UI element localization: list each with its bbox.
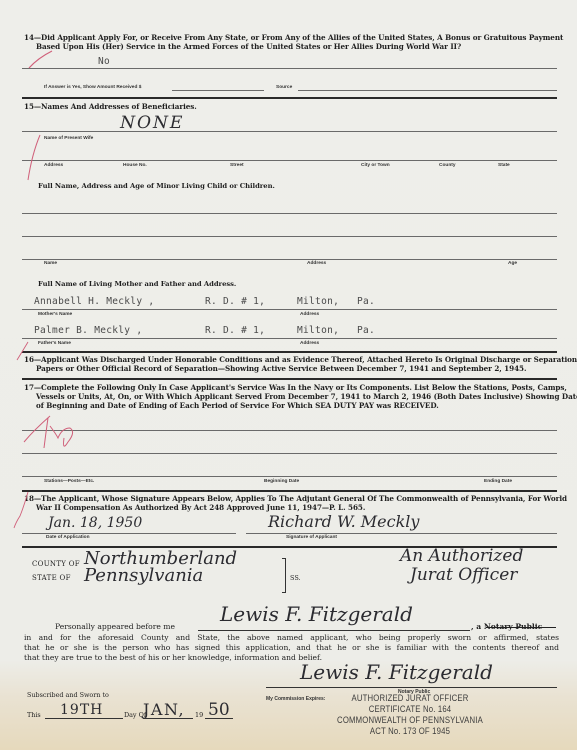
stamp-line-2: CERTIFICATE No. 164 <box>307 704 513 715</box>
q15-child-line-1[interactable] <box>22 213 557 214</box>
q15-col-house: House No. <box>123 163 147 168</box>
officer-signature-line[interactable] <box>198 630 470 631</box>
state-value: Pennsylvania <box>84 565 203 586</box>
stamp-line-3: COMMONWEALTH OF PENNSYLVANIA <box>307 715 513 726</box>
red-check-mark-icon <box>10 490 34 530</box>
q18-line2: War II Compensation As Authorized By Act… <box>24 503 567 512</box>
ss-label: SS. <box>290 574 301 582</box>
q17-col-stations: Stations—Posts—Etc. <box>44 479 94 484</box>
q15-title: 15—Names And Addresses of Beneficiaries. <box>24 102 197 111</box>
county-label: COUNTY OF <box>32 560 80 568</box>
q15-children-col-address: Address <box>307 261 326 266</box>
q15-col-city: City or Town <box>361 163 390 168</box>
applicant-signature-line[interactable] <box>246 533 557 534</box>
q17-line-1[interactable] <box>22 430 557 431</box>
q15-address-line[interactable] <box>22 160 557 161</box>
q18-statement: 18—The Applicant, Whose Signature Appear… <box>24 494 567 512</box>
mother-city: Milton, <box>297 296 339 307</box>
mother-line[interactable] <box>22 309 557 310</box>
section-divider <box>22 97 557 99</box>
application-date-label: Date of Application <box>46 535 90 540</box>
stamp-line-1: AUTHORIZED JURAT OFFICER <box>307 693 513 704</box>
month-value: JAN, <box>143 700 185 719</box>
mother-name: Annabell H. Meckly , <box>34 296 154 307</box>
q17-question: 17—Complete the Following Only In Case A… <box>24 383 577 410</box>
q15-children-title: Full Name, Address and Age of Minor Livi… <box>38 182 275 191</box>
q15-parents-title: Full Name of Living Mother and Father an… <box>38 280 236 289</box>
q15-col-street: Street <box>230 163 244 168</box>
this-label: This <box>27 711 41 719</box>
q17-line-3[interactable] <box>22 476 557 477</box>
applicant-signature-label: Signature of Applicant <box>286 535 337 540</box>
mother-address-label: Address <box>300 312 319 317</box>
statement-line-1: in and for the aforesaid County and Stat… <box>24 633 559 643</box>
q15-child-line-2[interactable] <box>22 236 557 237</box>
notary-signature-line[interactable] <box>266 687 557 688</box>
year-value: 50 <box>208 700 230 720</box>
q15-col-state: State <box>498 163 510 168</box>
q15-wife-label: Name of Present Wife <box>44 136 93 141</box>
father-state: Pa. <box>357 325 375 336</box>
red-check-mark-icon <box>12 340 32 362</box>
father-city: Milton, <box>297 325 339 336</box>
q17-line2: Vessels or Units, At, On, or With Which … <box>24 392 577 401</box>
year-prefix: 19 <box>195 711 203 719</box>
jurat-officer-stamp: AUTHORIZED JURAT OFFICER CERTIFICATE No.… <box>307 693 513 737</box>
officer-note-2: Jurat Officer <box>410 565 517 585</box>
father-line[interactable] <box>22 338 557 339</box>
application-date-line[interactable] <box>22 533 236 534</box>
month-line[interactable] <box>143 718 193 719</box>
q15-wife-value: NONE <box>118 113 186 133</box>
applicant-signature: Richard W. Meckly <box>268 512 419 531</box>
q14-answer: No <box>98 56 110 67</box>
q16-statement: 16—Applicant Was Discharged Under Honora… <box>24 355 577 373</box>
q17-line1: 17—Complete the Following Only In Case A… <box>24 383 577 392</box>
red-initials-icon <box>22 412 86 456</box>
q17-line-2[interactable] <box>22 453 557 454</box>
q14-source-field[interactable] <box>298 90 557 91</box>
statement-line-2: that he or she is the person who has sig… <box>24 643 559 653</box>
red-check-mark-icon <box>24 132 44 184</box>
officer-note-1: An Authorized <box>400 546 523 566</box>
subscribed-label: Subscribed and Sworn to <box>27 691 109 699</box>
state-label: STATE OF <box>32 574 71 582</box>
q17-line3: of Beginning and Date of Ending of Each … <box>24 401 577 410</box>
officer-signature: Lewis F. Fitzgerald <box>220 602 413 626</box>
statement-line-3: that they are true to the best of his or… <box>24 653 322 663</box>
father-name-label: Father's Name <box>38 341 71 346</box>
father-rd: R. D. # 1, <box>205 325 265 336</box>
q15-wife-line[interactable] <box>22 131 557 132</box>
q15-col-address: Address <box>44 163 63 168</box>
mother-state: Pa. <box>357 296 375 307</box>
q15-children-col-name: Name <box>44 261 57 266</box>
q15-child-line-3[interactable] <box>22 259 557 260</box>
q14-line2: Based Upon His (Her) Service in the Arme… <box>24 42 544 51</box>
notary-signature: Lewis F. Fitzgerald <box>300 660 493 684</box>
q16-line1: 16—Applicant Was Discharged Under Honora… <box>24 355 577 364</box>
red-check-mark-icon <box>26 48 56 72</box>
ss-bracket <box>282 558 286 593</box>
section-divider <box>22 351 557 353</box>
q17-col-ending: Ending Date <box>484 479 512 484</box>
q14-amount-field[interactable] <box>172 90 264 91</box>
q14-line1: 14—Did Applicant Apply For, or Receive F… <box>24 33 544 42</box>
q14-question: 14—Did Applicant Apply For, or Receive F… <box>24 33 544 51</box>
q15-children-col-age: Age <box>508 261 517 266</box>
father-name: Palmer B. Meckly , <box>34 325 142 336</box>
day-value: 19TH <box>60 702 103 718</box>
year-line[interactable] <box>205 718 233 719</box>
mother-rd: R. D. # 1, <box>205 296 265 307</box>
q18-line1: 18—The Applicant, Whose Signature Appear… <box>24 494 567 503</box>
application-date: Jan. 18, 1950 <box>48 515 142 531</box>
section-divider <box>22 378 557 380</box>
q14-answer-line[interactable] <box>22 68 557 69</box>
q16-line2: Papers or Other Official Record of Separ… <box>24 364 577 373</box>
father-address-label: Address <box>300 341 319 346</box>
notary-strikeout <box>486 627 556 628</box>
q14-source-label: Source <box>276 85 292 90</box>
q17-col-beginning: Beginning Date <box>264 479 299 484</box>
q15-col-county: County <box>439 163 456 168</box>
section-divider <box>22 490 557 492</box>
stamp-line-4: ACT No. 173 OF 1945 <box>307 726 513 737</box>
day-line[interactable] <box>45 718 123 719</box>
mother-name-label: Mother's Name <box>38 312 72 317</box>
appeared-prefix: Personally appeared before me <box>55 622 175 632</box>
q14-amount-label: If Answer is Yes, Show Amount Received $ <box>44 85 141 90</box>
